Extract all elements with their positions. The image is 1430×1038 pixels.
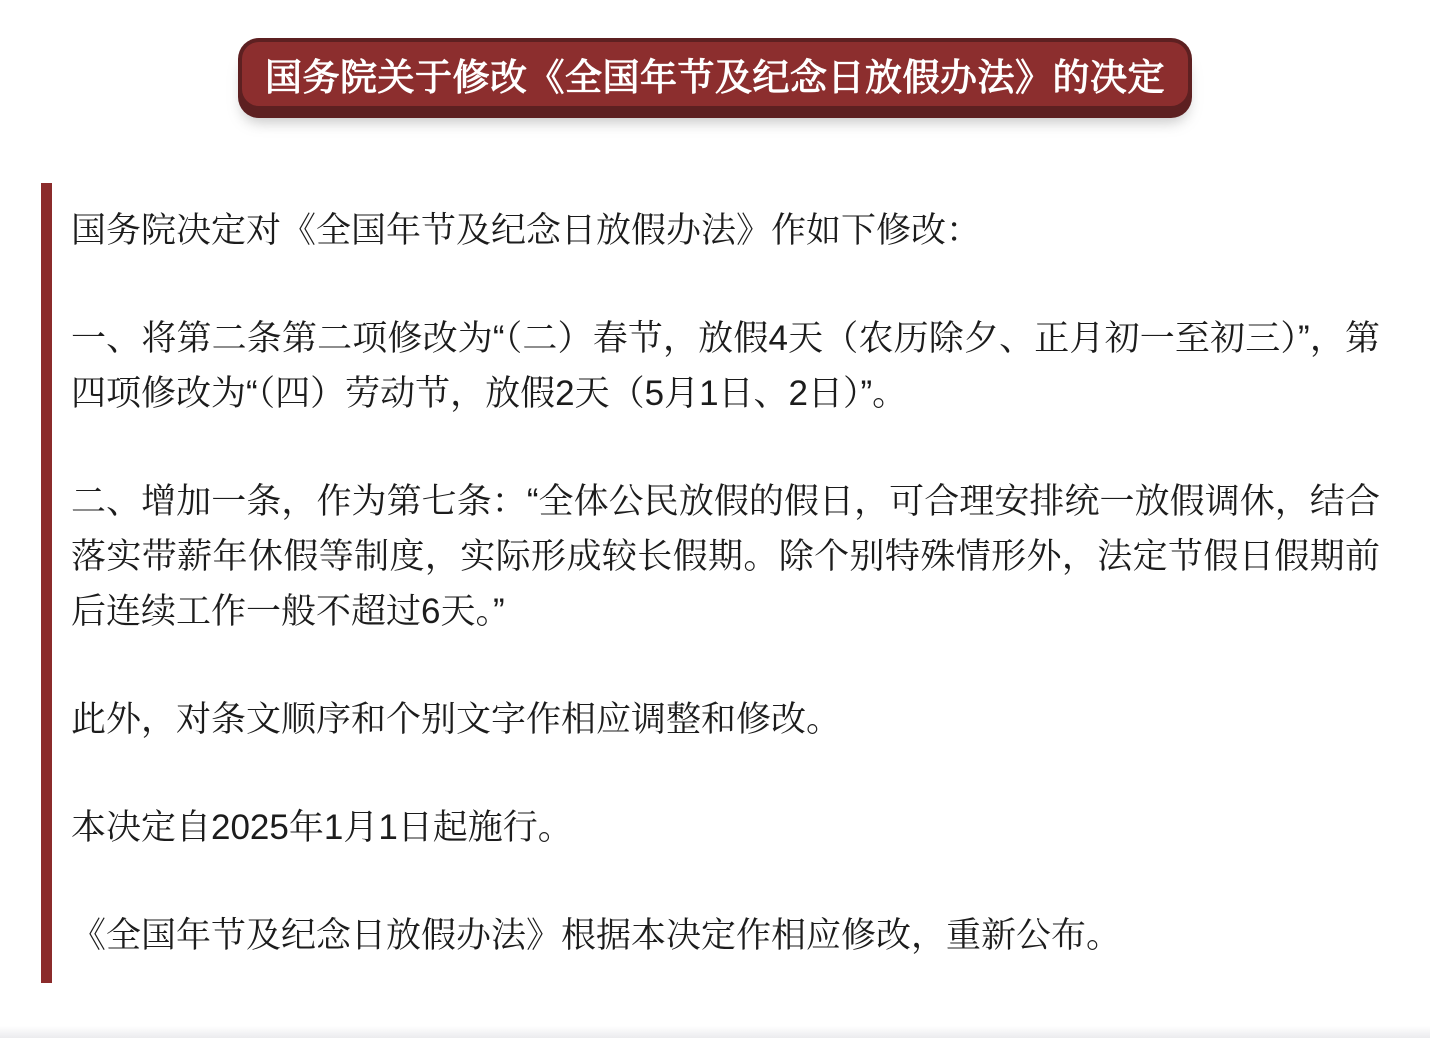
document-body: 国务院决定对《全国年节及纪念日放假办法》作如下修改： 一、将第二条第二项修改为“… [71, 203, 1380, 1016]
paragraph-amendment-2: 二、增加一条，作为第七条：“全体公民放假的假日，可合理安排统一放假调休，结合落实… [71, 474, 1380, 639]
paragraph-intro: 国务院决定对《全国年节及纪念日放假办法》作如下修改： [71, 203, 1380, 258]
title-banner-container: 国务院关于修改《全国年节及纪念日放假办法》的决定 [0, 42, 1430, 106]
paragraph-amendment-1: 一、将第二条第二项修改为“（二）春节，放假4天（农历除夕、正月初一至初三）”，第… [71, 311, 1380, 421]
paragraph-republication: 《全国年节及纪念日放假办法》根据本决定作相应修改，重新公布。 [71, 908, 1380, 963]
paragraph-effective-date: 本决定自2025年1月1日起施行。 [71, 800, 1380, 855]
bottom-edge-shadow [0, 1026, 1430, 1038]
paragraph-additional-adjustments: 此外，对条文顺序和个别文字作相应调整和修改。 [71, 692, 1380, 747]
document-page: 国务院关于修改《全国年节及纪念日放假办法》的决定 国务院决定对《全国年节及纪念日… [0, 0, 1430, 1038]
document-title: 国务院关于修改《全国年节及纪念日放假办法》的决定 [265, 47, 1165, 101]
left-accent-bar [41, 183, 52, 983]
title-banner: 国务院关于修改《全国年节及纪念日放假办法》的决定 [242, 42, 1188, 106]
